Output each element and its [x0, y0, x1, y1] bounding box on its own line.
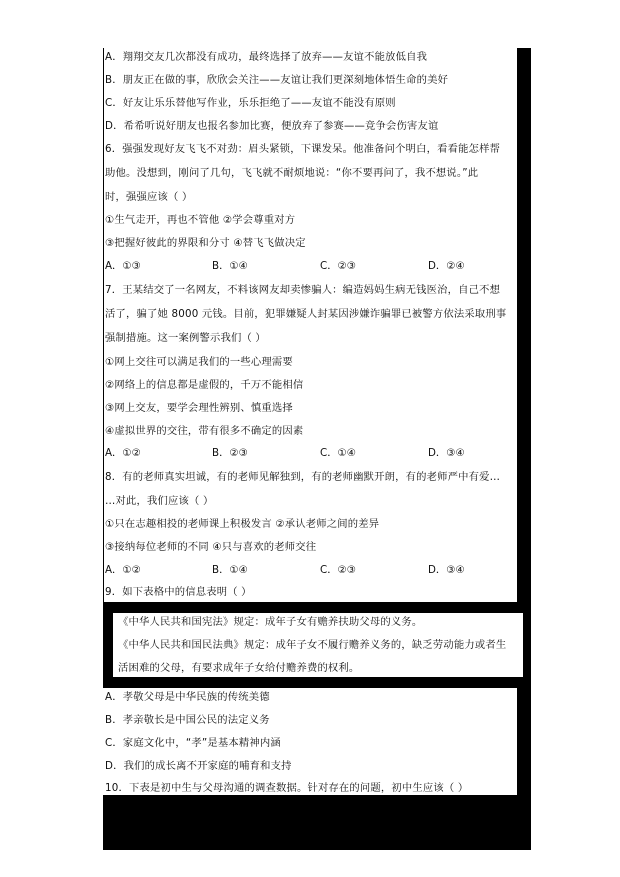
q7-choice-a[interactable]: A．①② [105, 446, 141, 460]
bottom-redaction-block [103, 795, 531, 850]
q5-option-b: B．朋友正在做的事，欣欣会关注——友谊让我们更深刻地体悟生命的美好 [105, 73, 448, 87]
q8-statement-1: ①只在志趣相投的老师课上积极发言 ②承认老师之间的差异 [105, 517, 379, 531]
q5-option-a: A．翔翔交友几次都没有成功，最终选择了放弃——友谊不能放低自我 [105, 50, 427, 64]
q8-choice-b[interactable]: B．①④ [212, 563, 248, 577]
q8-statement-2: ③接纳每位老师的不同 ④只与喜欢的老师交往 [105, 540, 316, 554]
q5-option-d: D．希希听说好朋友也报名参加比赛，便放弃了参赛——竞争会伤害友谊 [105, 119, 439, 133]
q7-stem-line-2: 活了，骗了她 8000 元钱。目前，犯罪嫌疑人封某因涉嫌诈骗罪已被警方依法采取刑… [105, 307, 506, 321]
q9-table-line-1: 《中华人民共和国宪法》规定：成年子女有赡养扶助父母的义务。 [118, 615, 422, 629]
exam-page: A．翔翔交友几次都没有成功，最终选择了放弃——友谊不能放低自我 B．朋友正在做的… [0, 0, 620, 877]
q6-stem-line-1: 6．强强发现好友飞飞不对劲：眉头紧锁，下课发呆。他准备问个明白，看看能怎样帮 [105, 142, 500, 156]
q9-choice-c[interactable]: C．家庭文化中，“孝”是基本精神内涵 [105, 736, 281, 750]
q9-table-line-2: 《中华人民共和国民法典》规定：成年子女不履行赡养义务的，缺乏劳动能力或者生 [118, 638, 506, 652]
q7-statement-4: ④虚拟世界的交往，带有很多不确定的因素 [105, 424, 303, 438]
q5-option-c: C．好友让乐乐替他写作业，乐乐拒绝了——友谊不能没有原则 [105, 96, 396, 110]
q9-choice-b[interactable]: B．孝亲敬长是中国公民的法定义务 [105, 713, 270, 727]
q8-choice-a[interactable]: A．①② [105, 563, 141, 577]
q6-choice-c[interactable]: C．②③ [320, 259, 356, 273]
q7-stem-line-3: 强制措施。这一案例警示我们（ ） [105, 331, 266, 345]
q6-stem-line-3: 时，强强应该（ ） [105, 190, 192, 204]
q6-statement-1: ①生气走开，再也不管他 ②学会尊重对方 [105, 213, 295, 227]
q7-stem-line-1: 7．王某结交了一名网友，不料该网友却卖惨骗人：编造妈妈生病无钱医治，自己不想 [105, 283, 500, 297]
q9-table-line-3: 活困难的父母，有要求成年子女给付赡养费的权利。 [118, 661, 359, 675]
q9-choice-d[interactable]: D．我们的成长离不开家庭的哺育和支持 [105, 759, 292, 773]
q6-choice-b[interactable]: B．①④ [212, 259, 248, 273]
q8-stem-line-2: …对此，我们应该（ ） [105, 494, 213, 508]
q7-choice-b[interactable]: B．②③ [212, 446, 248, 460]
q7-choice-c[interactable]: C．①④ [320, 446, 356, 460]
q8-choice-d[interactable]: D．③④ [428, 563, 465, 577]
q9-choice-a[interactable]: A．孝敬父母是中华民族的传统美德 [105, 690, 270, 704]
q6-choice-a[interactable]: A．①③ [105, 259, 141, 273]
q6-statement-2: ③把握好彼此的界限和分寸 ④替飞飞做决定 [105, 236, 306, 250]
q7-choice-d[interactable]: D．③④ [428, 446, 465, 460]
q6-stem-line-2: 助他。没想到，刚问了几句，飞飞就不耐烦地说：“你不要再问了，我不想说。”此 [105, 166, 478, 180]
q6-choice-d[interactable]: D．②④ [428, 259, 465, 273]
q8-stem-line-1: 8．有的老师真实坦诚，有的老师见解独到，有的老师幽默开朗，有的老师严中有爱… [105, 470, 500, 484]
right-redaction-bar [517, 48, 531, 850]
q10-stem: 10．下表是初中生与父母沟通的调查数据。针对存在的问题，初中生应该（ ） [105, 781, 468, 795]
q7-statement-2: ②网络上的信息都是虚假的，千万不能相信 [105, 378, 303, 392]
q7-statement-3: ③网上交友，要学会理性辨别、慎重选择 [105, 401, 293, 415]
q8-choice-c[interactable]: C．②③ [320, 563, 356, 577]
q7-statement-1: ①网上交往可以满足我们的一些心理需要 [105, 355, 293, 369]
q9-stem: 9．如下表格中的信息表明（ ） [105, 585, 252, 599]
